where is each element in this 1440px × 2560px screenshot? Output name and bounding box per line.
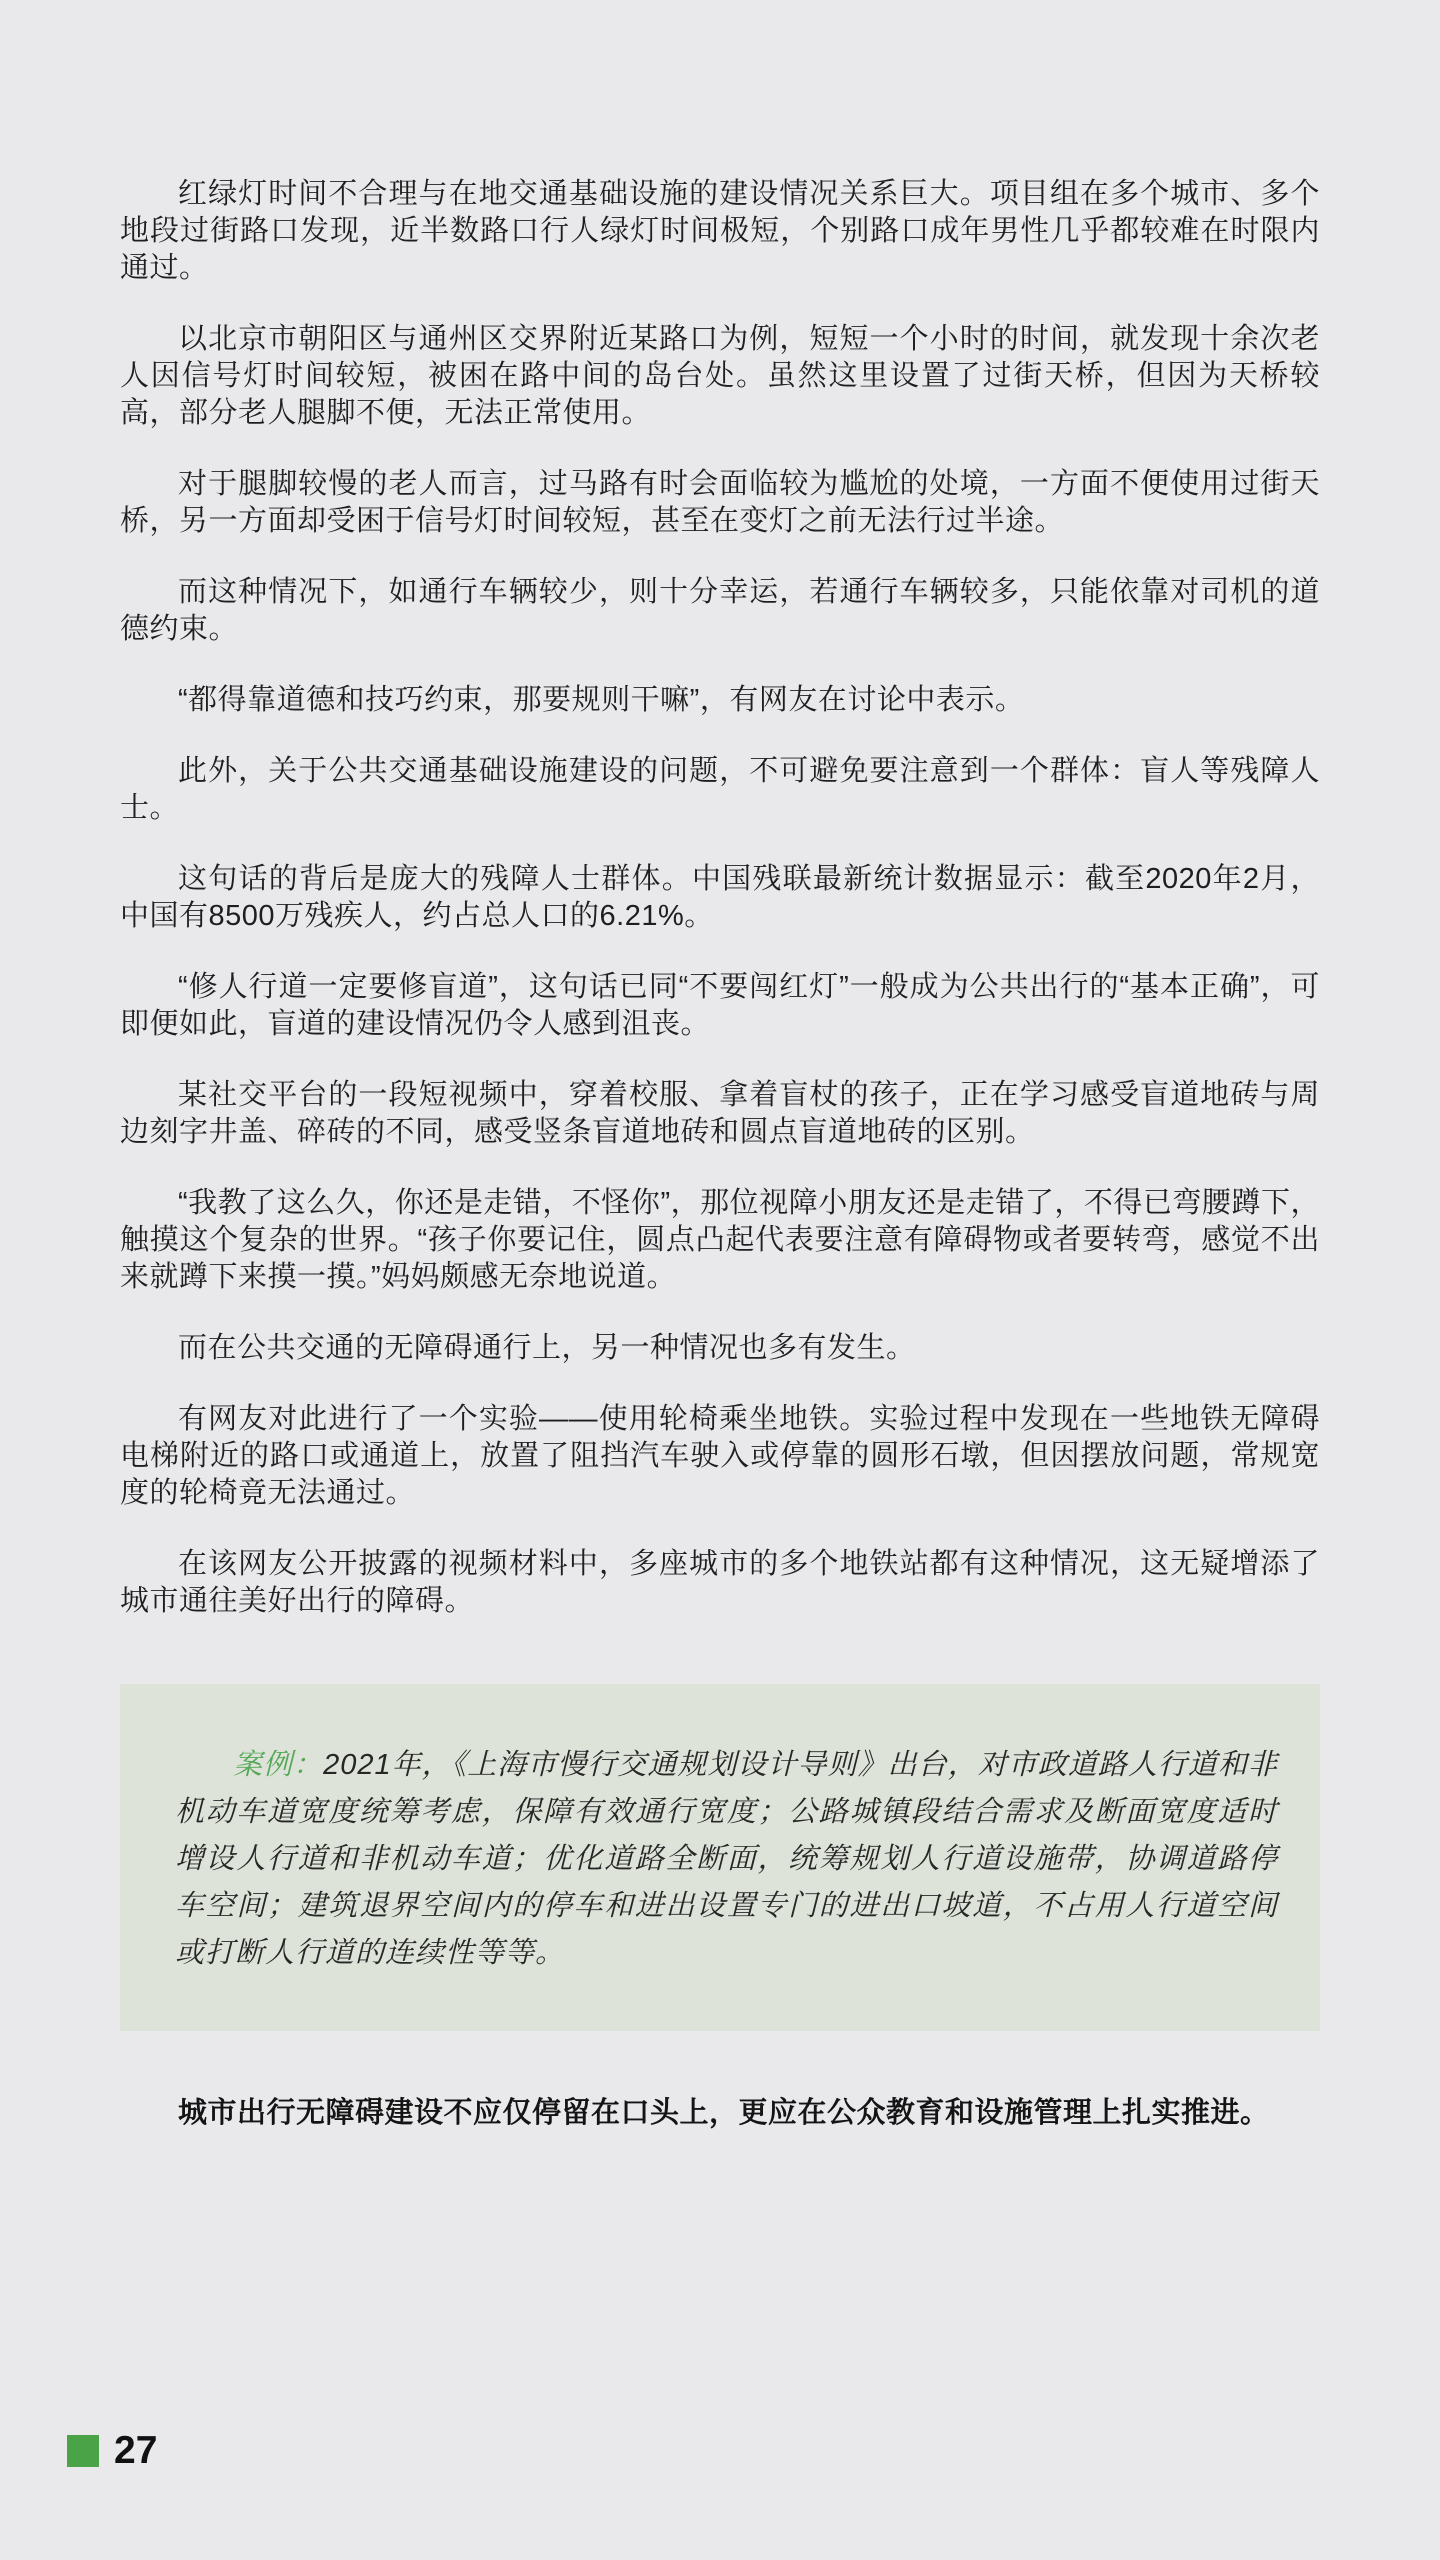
case-study-body: 2021年，《上海市慢行交通规划设计导则》出台，对市政道路人行道和非机动车道宽度… [175, 1749, 1278, 1969]
paragraph: 对于腿脚较慢的老人而言，过马路有时会面临较为尴尬的处境，一方面不便使用过街天桥，… [120, 466, 1320, 540]
page-number: 27 [114, 2431, 157, 2470]
paragraph: 在该网友公开披露的视频材料中，多座城市的多个地铁站都有这种情况，这无疑增添了城市… [120, 1546, 1320, 1620]
paragraph: 而在公共交通的无障碍通行上，另一种情况也多有发生。 [120, 1330, 1320, 1367]
paragraph: 以北京市朝阳区与通州区交界附近某路口为例，短短一个小时的时间，就发现十余次老人因… [120, 321, 1320, 432]
case-study-label: 案例： [233, 1749, 323, 1781]
paragraph: 某社交平台的一段短视频中，穿着校服、拿着盲杖的孩子，正在学习感受盲道地砖与周边刻… [120, 1077, 1320, 1151]
conclusion-statement: 城市出行无障碍建设不应仅停留在口头上，更应在公众教育和设施管理上扎实推进。 [120, 2095, 1320, 2132]
document-page: 红绿灯时间不合理与在地交通基础设施的建设情况关系巨大。项目组在多个城市、多个地段… [0, 0, 1440, 2560]
page-footer: 27 [67, 2431, 157, 2470]
paragraph: 红绿灯时间不合理与在地交通基础设施的建设情况关系巨大。项目组在多个城市、多个地段… [120, 176, 1320, 287]
case-study-text: 案例：2021年，《上海市慢行交通规划设计导则》出台，对市政道路人行道和非机动车… [175, 1742, 1278, 1977]
page-number-marker-icon [67, 2435, 99, 2467]
paragraph: “我教了这么久，你还是走错，不怪你”，那位视障小朋友还是走错了，不得已弯腰蹲下，… [120, 1185, 1320, 1296]
paragraph: 有网友对此进行了一个实验——使用轮椅乘坐地铁。实验过程中发现在一些地铁无障碍电梯… [120, 1401, 1320, 1512]
paragraph: “都得靠道德和技巧约束，那要规则干嘛”，有网友在讨论中表示。 [120, 682, 1320, 719]
article-body: 红绿灯时间不合理与在地交通基础设施的建设情况关系巨大。项目组在多个城市、多个地段… [120, 176, 1320, 2132]
paragraph: 此外，关于公共交通基础设施建设的问题，不可避免要注意到一个群体：盲人等残障人士。 [120, 753, 1320, 827]
paragraph: 而这种情况下，如通行车辆较少，则十分幸运，若通行车辆较多，只能依靠对司机的道德约… [120, 574, 1320, 648]
paragraph: 这句话的背后是庞大的残障人士群体。中国残联最新统计数据显示：截至2020年2月，… [120, 861, 1320, 935]
case-study-box: 案例：2021年，《上海市慢行交通规划设计导则》出台，对市政道路人行道和非机动车… [120, 1684, 1320, 2031]
paragraph: “修人行道一定要修盲道”，这句话已同“不要闯红灯”一般成为公共出行的“基本正确”… [120, 969, 1320, 1043]
